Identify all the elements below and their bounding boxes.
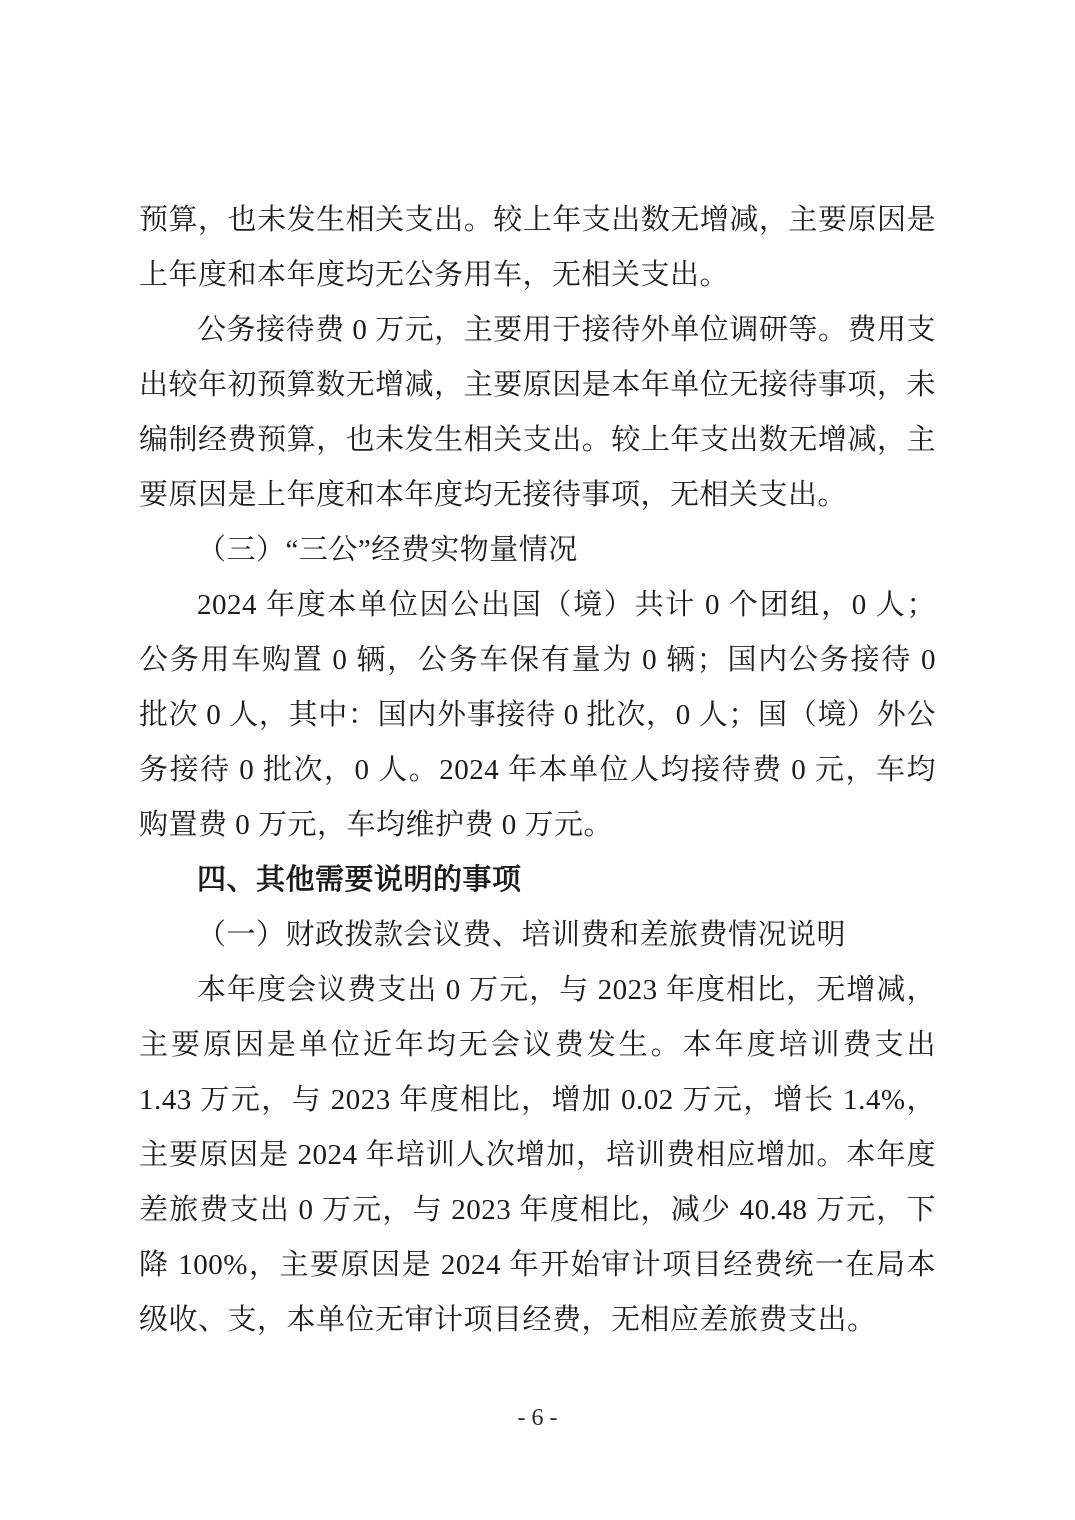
paragraph-three-public-quantity-detail: 2024 年度本单位因公出国（境）共计 0 个团组，0 人；公务用车购置 0 辆… xyxy=(139,578,936,853)
subsection-heading-meeting-training-travel: （一）财政拨款会议费、培训费和差旅费情况说明 xyxy=(139,908,936,963)
document-page: 预算，也未发生相关支出。较上年支出数无增减，主要原因是上年度和本年度均无公务用车… xyxy=(0,0,1075,1520)
paragraph-vehicle-expense-continuation: 预算，也未发生相关支出。较上年支出数无增减，主要原因是上年度和本年度均无公务用车… xyxy=(139,193,936,303)
paragraph-meeting-training-travel-detail: 本年度会议费支出 0 万元，与 2023 年度相比，无增减，主要原因是单位近年均… xyxy=(139,963,936,1348)
section-heading-three-public-quantity: （三）“三公”经费实物量情况 xyxy=(139,523,936,578)
section-heading-other-items: 四、其他需要说明的事项 xyxy=(139,853,936,908)
document-body: 预算，也未发生相关支出。较上年支出数无增减，主要原因是上年度和本年度均无公务用车… xyxy=(139,193,936,1348)
page-number: - 6 - xyxy=(0,1402,1075,1434)
paragraph-hospitality-expense: 公务接待费 0 万元，主要用于接待外单位调研等。费用支出较年初预算数无增减，主要… xyxy=(139,303,936,523)
